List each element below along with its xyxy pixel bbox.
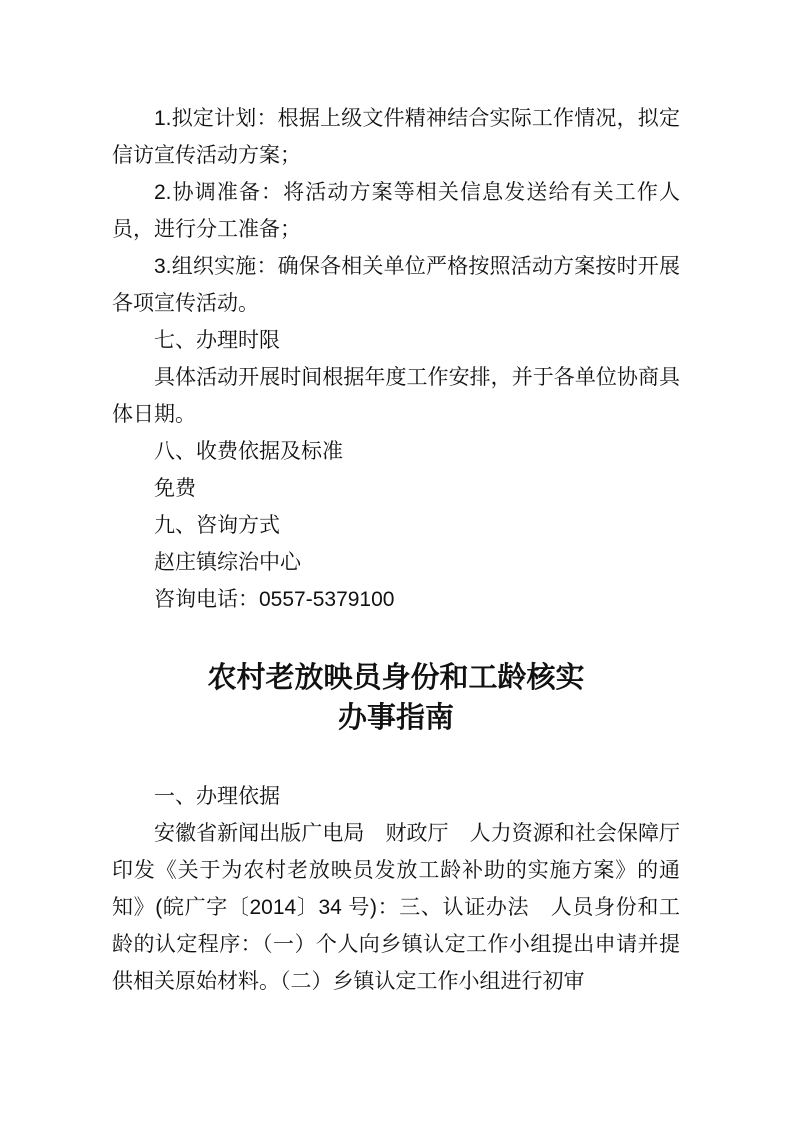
paragraph-consultation-org: 赵庄镇综治中心 [112, 544, 680, 581]
document-page: 1.拟定计划：根据上级文件精神结合实际工作情况，拟定信访宣传活动方案； 2.协调… [0, 0, 793, 1122]
heading-consultation-method: 九、咨询方式 [112, 507, 680, 544]
heading-fee-basis-standard: 八、收费依据及标准 [112, 433, 680, 470]
paragraph-plan-step-3: 3.组织实施：确保各相关单位严格按照活动方案按时开展各项宣传活动。 [112, 248, 680, 322]
heading-processing-time-limit: 七、办理时限 [112, 322, 680, 359]
paragraph-consultation-phone: 咨询电话：0557-5379100 [112, 581, 680, 618]
heading-handling-basis: 一、办理依据 [112, 778, 680, 815]
document-title-line-1: 农村老放映员身份和工龄核实 [207, 662, 584, 694]
paragraph-handling-basis-detail: 安徽省新闻出版广电局 财政厅 人力资源和社会保障厅印发《关于为农村老放映员发放工… [112, 815, 680, 1000]
document-title-line-2: 办事指南 [338, 702, 454, 734]
paragraph-fee-free: 免费 [112, 470, 680, 507]
paragraph-plan-step-2: 2.协调准备：将活动方案等相关信息发送给有关工作人员，进行分工准备； [112, 174, 680, 248]
paragraph-time-limit-detail: 具体活动开展时间根据年度工作安排，并于各单位协商具体日期。 [112, 359, 680, 433]
paragraph-plan-step-1: 1.拟定计划：根据上级文件精神结合实际工作情况，拟定信访宣传活动方案； [112, 100, 680, 174]
document-title: 农村老放映员身份和工龄核实 办事指南 [112, 658, 680, 738]
